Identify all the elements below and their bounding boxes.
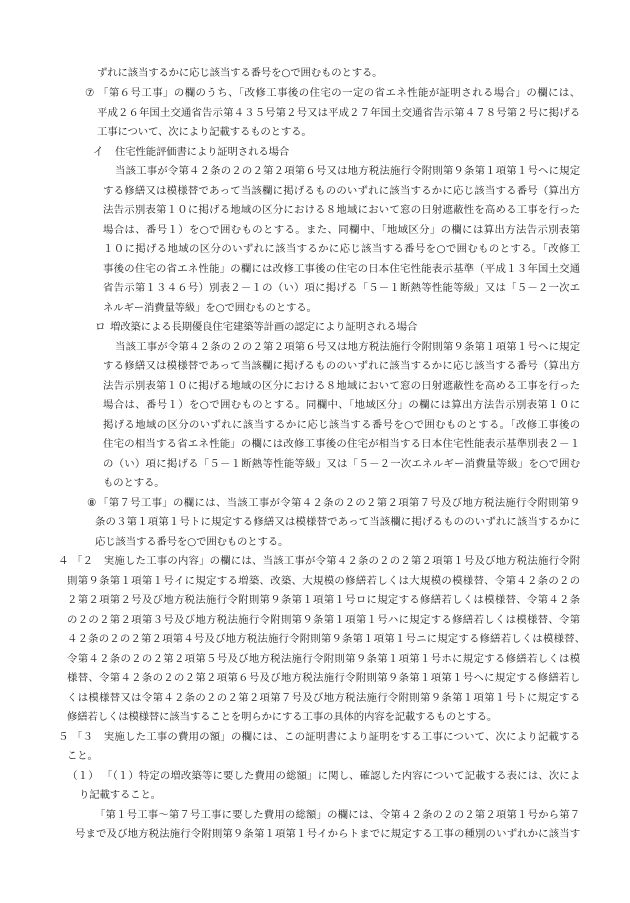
text-line: 平成２６年国土交通省告示第４３５号第２号又は平成２７年国土交通省告示第４７８号第… [97, 103, 580, 123]
text-line: ずれに該当するかに応じ該当する番号を○で囲むものとする。 [97, 63, 382, 83]
text-line: する修繕又は模様替であって当該欄に掲げるもののいずれに該当するかに応じ該当する番… [103, 181, 580, 201]
text-line: の２の２第２項第３号及び地方税法施行令附則第９条第１項第１号ハに規定する修繕若し… [67, 610, 580, 630]
document-page: ずれに該当するかに応じ該当する番号を○で囲むものとする。 ⑦ 「第６号工事」の欄… [0, 0, 630, 903]
text-line: 「第６号工事」の欄のうち、「改修工事後の住宅の一定の省エネ性能が証明される場合」… [98, 83, 580, 103]
section-number: ４ [58, 551, 69, 571]
text-line: 「（１）特定の増改築等に要した費用の総額」に関し、確認した内容について記載する表… [102, 766, 580, 786]
text-line: 事後の住宅の省エネ性能」の欄には改修工事後の住宅の日本住宅性能表示基準（平成１３… [103, 259, 580, 279]
text-line: 工事について、次により記載するものとする。 [97, 122, 312, 142]
list-marker: イ [93, 142, 104, 162]
text-line: 場合は、番号１）を○で囲むものとする。また、同欄中、「地域区分」の欄には算出方法… [103, 220, 580, 240]
text-line: 「第１号工事～第７号工事に要した費用の総額」の欄には、令第４２条の２の２第２項第… [95, 805, 580, 825]
subheading: 増改築による長期優良住宅建築等計画の認定により証明される場合 [110, 317, 417, 337]
text-line: くは模様替又は令第４２条の２の２第２項第７号及び地方税法施行令附則第９条第１項第… [67, 688, 580, 708]
text-line: 条の３第１項第１号トに規定する修繕又は模様替であって当該欄に掲げるもののいずれに… [95, 512, 580, 532]
subheading: 住宅性能評価書により証明される場合 [115, 142, 289, 162]
text-line: ネルギー消費量等級」を○で囲むものとする。 [103, 298, 317, 318]
text-line: ものとする。 [103, 473, 164, 493]
list-marker: （１） [67, 766, 99, 786]
text-line: 則第９条第１項第１号イに規定する増築、改築、大規模の修繕若しくは大規模の模様替、… [67, 571, 580, 591]
text-line: 応じ該当する番号を○で囲むものとする。 [95, 532, 288, 552]
list-marker: ロ [95, 317, 106, 337]
text-line: 「第７号工事」の欄には、当該工事が令第４２条の２の２第２項第７号及び地方税法施行… [98, 493, 580, 513]
text-line: 当該工事が令第４２条の２の２第２項第６号又は地方税法施行令附則第９条第１項第１号… [115, 161, 580, 181]
text-line: 号まで及び地方税法施行令附則第９条第１項第１号イからトまでに規定する工事の種別の… [75, 824, 580, 844]
text-line: 省告示第１３４６号）別表２－１の（い）項に掲げる「５－１断熱等性能等級」又は「５… [103, 278, 580, 298]
text-line: 修繕若しくは模様替に該当することを明らかにする工事の具体的内容を記載するものとす… [67, 707, 497, 727]
text-line: ４２条の２の２第２項第４号及び地方税法施行令附則第９条第１項第１号ニに規定する修… [67, 629, 585, 649]
text-line: する修繕又は模様替であって当該欄に掲げるもののいずれに該当するかに応じ該当する番… [103, 356, 580, 376]
list-marker: ⑧ [87, 493, 97, 513]
section-number: ５ [58, 727, 69, 747]
text-line: 当該工事が令第４２条の２の２第２項第６号又は地方税法施行令附則第９条第１項第１号… [115, 337, 580, 357]
text-line: 「３ 実施した工事の費用の額」の欄には、この証明書により証明をする工事について、… [72, 727, 580, 747]
text-line: り記載すること。 [79, 785, 161, 805]
text-line: 住宅の相当する省エネ性能」の欄には改修工事後の住宅が相当する日本住宅性能表示基準… [103, 434, 580, 454]
text-line: 「２ 実施した工事の内容」の欄には、当該工事が令第４２条の２の２第２項第１号及び… [72, 551, 580, 571]
text-line: 場合は、番号１）を○で囲むものとする。同欄中、「地域区分」の欄には算出方法告示別… [103, 395, 580, 415]
text-line: の（い）項に掲げる「５－１断熱等性能等級」又は「５－２一次エネルギー消費量等級」… [103, 454, 580, 474]
text-line: １０に掲げる地域の区分のいずれに該当するかに応じ該当する番号を○で囲むものとする… [103, 239, 580, 259]
text-line: 掲げる地域の区分のいずれに該当するかに応じ該当する番号を○で囲むものとする。「改… [103, 415, 580, 435]
text-line: 様替、令第４２条の２の２第２項第６号及び地方税法施行令附則第９条第１項第１号ヘに… [67, 668, 580, 688]
text-line: こと。 [67, 746, 98, 766]
text-line: ２第２項第２号及び地方税法施行令附則第９条第１項第１号ロに規定する修繕若しくは模… [67, 590, 580, 610]
text-line: 法告示別表第１０に掲げる地域の区分における８地域において窓の日射遮蔽性を高める工… [103, 200, 580, 220]
list-marker: ⑦ [85, 83, 95, 103]
text-line: 法告示別表第１０に掲げる地域の区分における８地域において窓の日射遮蔽性を高める工… [103, 376, 580, 396]
text-line: 令第４２条の２の２第２項第５号及び地方税法施行令附則第９条第１項第１号ホに規定す… [67, 649, 580, 669]
